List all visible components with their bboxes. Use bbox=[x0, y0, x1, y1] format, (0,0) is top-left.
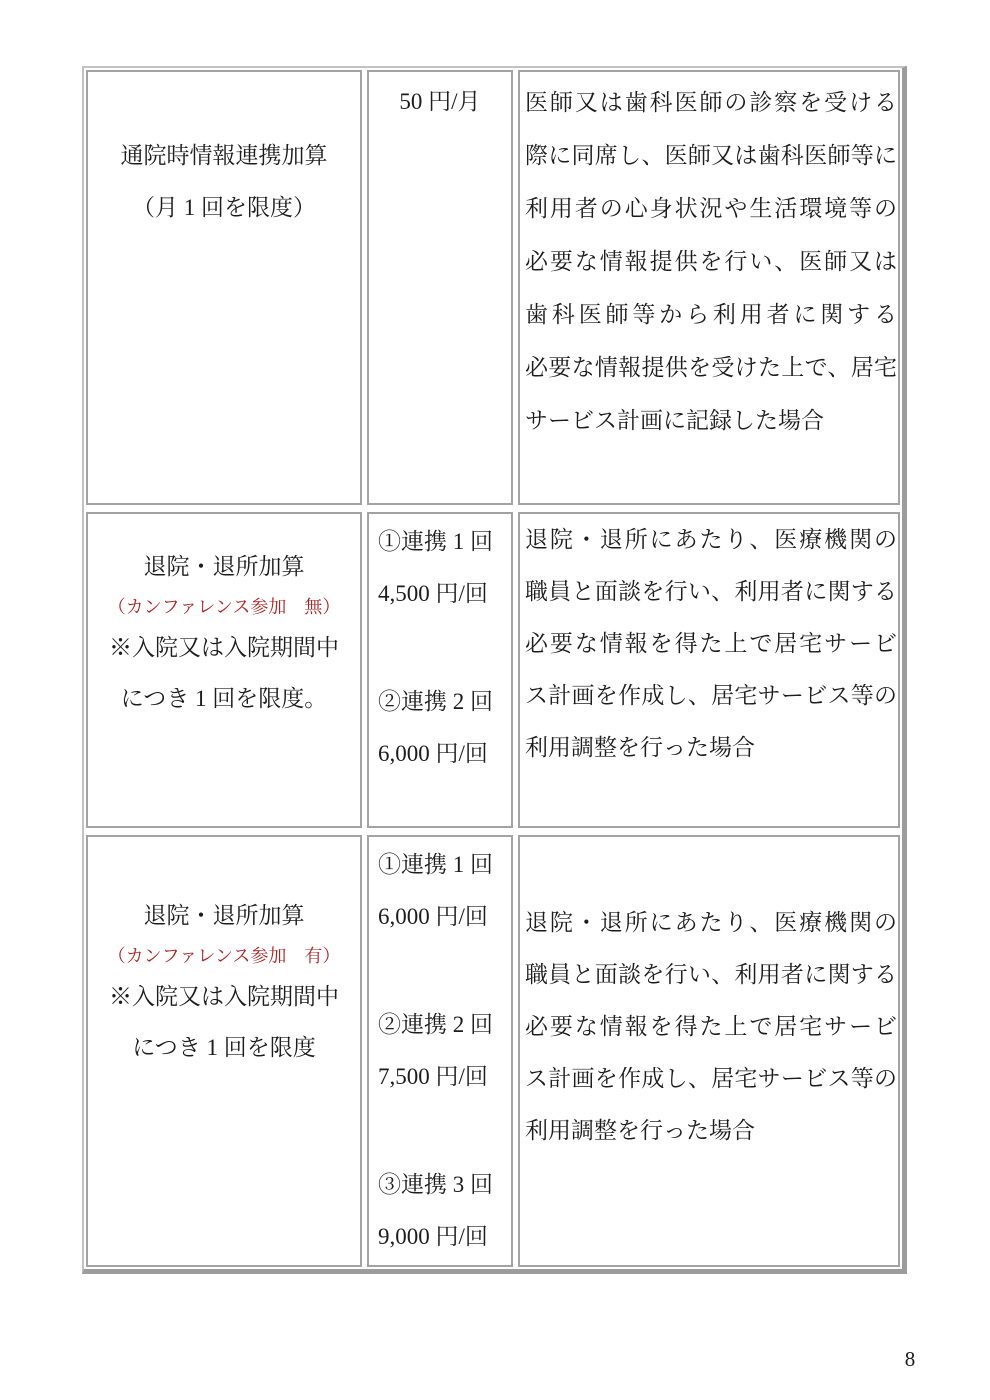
description-line: 必要な情報提供を受けた上で、居宅 bbox=[525, 341, 897, 394]
fee-entry: ③連携 3 回 9,000 円/回 bbox=[378, 1159, 511, 1263]
fee-entry: ②連携 2 回 6,000 円/回 bbox=[378, 676, 511, 780]
table-row: 退院・退所加算 （カンファレンス参加 有） ※入院又は入院期間中 につき 1 回… bbox=[86, 835, 900, 1267]
item-limit-note: につき 1 回を限度。 bbox=[88, 673, 360, 725]
fee-amount: 50 円/月 bbox=[369, 76, 511, 128]
description-line: 利用調整を行った場合 bbox=[525, 722, 897, 774]
item-name-cell: 退院・退所加算 （カンファレンス参加 有） ※入院又は入院期間中 につき 1 回… bbox=[86, 835, 362, 1267]
description-cell: 退院・退所にあたり、医療機関の 職員と面談を行い、利用者に関する 必要な情報を得… bbox=[518, 512, 900, 828]
fee-entry: ①連携 1 回 4,500 円/回 bbox=[378, 516, 511, 620]
description-cell: 医師又は歯科医師の診察を受ける 際に同席し、医師又は歯科医師等に 利用者の心身状… bbox=[518, 70, 900, 505]
item-limit-note: （月 1 回を限度） bbox=[88, 182, 360, 234]
description-line: 必要な情報提供を行い、医師又は bbox=[525, 235, 897, 288]
description-line: 医師又は歯科医師の診察を受ける bbox=[525, 76, 897, 129]
fee-table: 通院時情報連携加算 （月 1 回を限度） 50 円/月 医師又は歯科医師の診察を… bbox=[82, 66, 907, 1274]
table-row: 退院・退所加算 （カンファレンス参加 無） ※入院又は入院期間中 につき 1 回… bbox=[86, 512, 900, 828]
item-limit-note: ※入院又は入院期間中 bbox=[88, 623, 360, 673]
table-row: 通院時情報連携加算 （月 1 回を限度） 50 円/月 医師又は歯科医師の診察を… bbox=[86, 70, 900, 505]
fee-tier-label: ③連携 3 回 bbox=[378, 1159, 511, 1211]
fee-cell: ①連携 1 回 6,000 円/回 ②連携 2 回 7,500 円/回 ③連携 … bbox=[367, 835, 513, 1267]
fee-amount: 4,500 円/回 bbox=[378, 568, 511, 620]
conference-note: （カンファレンス参加 有） bbox=[88, 940, 360, 972]
description-line: ス計画を作成し、居宅サービス等の bbox=[525, 670, 897, 722]
item-name-cell: 退院・退所加算 （カンファレンス参加 無） ※入院又は入院期間中 につき 1 回… bbox=[86, 512, 362, 828]
document-page: 通院時情報連携加算 （月 1 回を限度） 50 円/月 医師又は歯科医師の診察を… bbox=[0, 0, 990, 1400]
fee-tier-label: ②連携 2 回 bbox=[378, 999, 511, 1051]
description-line: 退院・退所にあたり、医療機関の bbox=[525, 897, 897, 949]
item-title: 退院・退所加算 bbox=[88, 543, 360, 591]
fee-entry: ①連携 1 回 6,000 円/回 bbox=[378, 839, 511, 943]
item-limit-note: につき 1 回を限度 bbox=[88, 1022, 360, 1074]
description-line: 職員と面談を行い、利用者に関する bbox=[525, 566, 897, 618]
description-line: 利用者の心身状況や生活環境等の bbox=[525, 182, 897, 235]
fee-amount: 9,000 円/回 bbox=[378, 1211, 511, 1263]
item-title: 退院・退所加算 bbox=[88, 892, 360, 940]
description-cell: 退院・退所にあたり、医療機関の 職員と面談を行い、利用者に関する 必要な情報を得… bbox=[518, 835, 900, 1267]
description-line: 必要な情報を得た上で居宅サービ bbox=[525, 1001, 897, 1053]
description-line: 際に同席し、医師又は歯科医師等に bbox=[525, 129, 897, 182]
description-line: 職員と面談を行い、利用者に関する bbox=[525, 949, 897, 1001]
fee-amount: 6,000 円/回 bbox=[378, 728, 511, 780]
item-limit-note: ※入院又は入院期間中 bbox=[88, 972, 360, 1022]
description-line: 利用調整を行った場合 bbox=[525, 1105, 897, 1157]
page-number: 8 bbox=[896, 1346, 924, 1372]
fee-amount: 6,000 円/回 bbox=[378, 891, 511, 943]
fee-cell: 50 円/月 bbox=[367, 70, 513, 505]
fee-tier-label: ①連携 1 回 bbox=[378, 516, 511, 568]
description-line: 必要な情報を得た上で居宅サービ bbox=[525, 618, 897, 670]
item-title: 通院時情報連携加算 bbox=[88, 130, 360, 182]
fee-amount: 7,500 円/回 bbox=[378, 1051, 511, 1103]
fee-tier-label: ②連携 2 回 bbox=[378, 676, 511, 728]
description-line: 退院・退所にあたり、医療機関の bbox=[525, 514, 897, 566]
description-line: ス計画を作成し、居宅サービス等の bbox=[525, 1053, 897, 1105]
conference-note: （カンファレンス参加 無） bbox=[88, 591, 360, 623]
fee-cell: ①連携 1 回 4,500 円/回 ②連携 2 回 6,000 円/回 bbox=[367, 512, 513, 828]
item-name-cell: 通院時情報連携加算 （月 1 回を限度） bbox=[86, 70, 362, 505]
description-line: サービス計画に記録した場合 bbox=[525, 394, 897, 447]
description-line: 歯科医師等から利用者に関する bbox=[525, 288, 897, 341]
fee-tier-label: ①連携 1 回 bbox=[378, 839, 511, 891]
fee-entry: ②連携 2 回 7,500 円/回 bbox=[378, 999, 511, 1103]
